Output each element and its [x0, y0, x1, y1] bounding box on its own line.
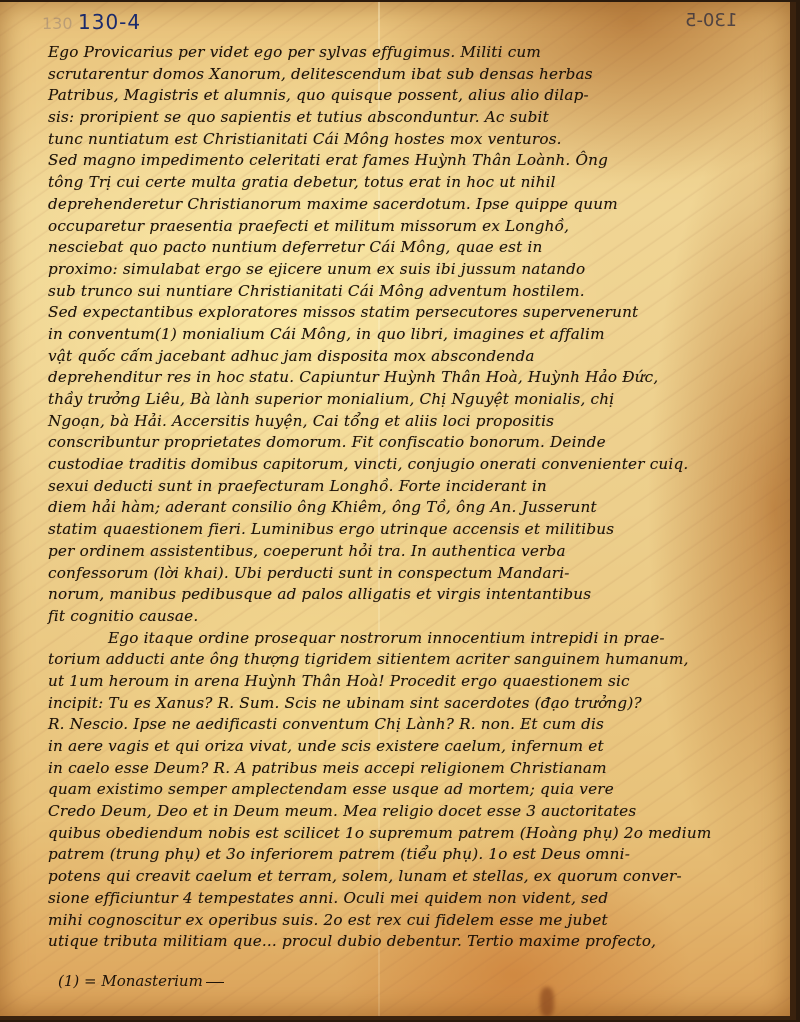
text-line: deprehenditur res in hoc statu. Capiuntu…	[48, 367, 768, 389]
text-line: tông Trị cui certe multa gratia debetur,…	[48, 172, 768, 194]
text-line: in conventum(1) monialium Cái Mông, in q…	[48, 324, 768, 346]
footnote-text: (1) = Monasterium	[58, 972, 203, 990]
text-line: in caelo esse Deum? R. A patribus meis a…	[48, 758, 768, 780]
footnote: (1) = Monasterium	[58, 972, 224, 990]
text-line: proximo: simulabat ergo se ejicere unum …	[48, 259, 768, 281]
text-line: statim quaestionem fieri. Luminibus ergo…	[48, 519, 768, 541]
page-reference-faded: 130	[42, 14, 73, 33]
text-line: in aere vagis et qui oriza vivat, unde s…	[48, 736, 768, 758]
text-line: per ordinem assistentibus, coeperunt hỏi…	[48, 541, 768, 563]
text-line: patrem (trung phụ) et 3o inferiorem patr…	[48, 844, 768, 866]
text-line: diem hải hàm; aderant consilio ông Khiêm…	[48, 497, 768, 519]
text-line: custodiae traditis domibus capitorum, vi…	[48, 454, 768, 476]
text-line: potens qui creavit caelum et terram, sol…	[48, 866, 768, 888]
text-line: norum, manibus pedibusque ad palos allig…	[48, 584, 768, 606]
text-line: scrutarentur domos Xanorum, delitescendu…	[48, 64, 768, 86]
text-line: vật quốc cấm jacebant adhuc jam disposit…	[48, 346, 768, 368]
text-line: Patribus, Magistris et alumnis, quo quis…	[48, 85, 768, 107]
text-line: thầy trưởng Liêu, Bà lành superior monia…	[48, 389, 768, 411]
text-line: quibus obediendum nobis est scilicet 1o …	[48, 823, 768, 845]
text-line: Credo Deum, Deo et in Deum meum. Mea rel…	[48, 801, 768, 823]
text-line: sis: proripient se quo sapientis et tuti…	[48, 107, 768, 129]
text-line: torium adducti ante ông thượng tigridem …	[48, 649, 768, 671]
text-line: sexui deducti sunt in praefecturam Longh…	[48, 476, 768, 498]
text-line: incipit: Tu es Xanus? R. Sum. Scis ne ub…	[48, 693, 768, 715]
footnote-underline	[206, 982, 224, 983]
text-line: R. Nescio. Ipse ne aedificasti conventum…	[48, 714, 768, 736]
text-line: confessorum (lời khai). Ubi perducti sun…	[48, 563, 768, 585]
text-line: Ego Provicarius per videt ego per sylvas…	[48, 42, 768, 64]
text-line: Sed magno impedimento celeritati erat fa…	[48, 150, 768, 172]
manuscript-text: Ego Provicarius per videt ego per sylvas…	[48, 42, 768, 953]
text-line: conscribuntur proprietates domorum. Fit …	[48, 432, 768, 454]
text-line: Ngoạn, bà Hải. Accersitis huyện, Cai tổn…	[48, 411, 768, 433]
text-line: sub trunco sui nuntiare Christianitati C…	[48, 281, 768, 303]
text-line-paragraph-start: Ego itaque ordine prosequar nostrorum in…	[48, 628, 768, 650]
manuscript-page: 130 130-4 130-5 Ego Provicarius per vide…	[0, 2, 796, 1020]
text-line: deprehenderetur Christianorum maxime sac…	[48, 194, 768, 216]
text-line: utique tributa militiam que... procul du…	[48, 931, 768, 953]
text-line: occuparetur praesentia praefecti et mili…	[48, 216, 768, 238]
text-line: nesciebat quo pacto nuntium deferretur C…	[48, 237, 768, 259]
text-line: ut 1um heroum in arena Huỳnh Thân Hoà! P…	[48, 671, 768, 693]
text-line: mihi cognoscitur ex operibus suis. 2o es…	[48, 910, 768, 932]
text-line: fit cognitio causae.	[48, 606, 768, 628]
text-line: quam existimo semper amplectendam esse u…	[48, 779, 768, 801]
text-line: sione efficiuntur 4 tempestates anni. Oc…	[48, 888, 768, 910]
page-reference-mirrored: 130-5	[685, 10, 737, 31]
text-line: tunc nuntiatum est Christianitati Cái Mô…	[48, 129, 768, 151]
ink-stain	[540, 987, 554, 1017]
page-reference-number: 130-4	[78, 10, 141, 34]
text-line: Sed expectantibus exploratores missos st…	[48, 302, 768, 324]
